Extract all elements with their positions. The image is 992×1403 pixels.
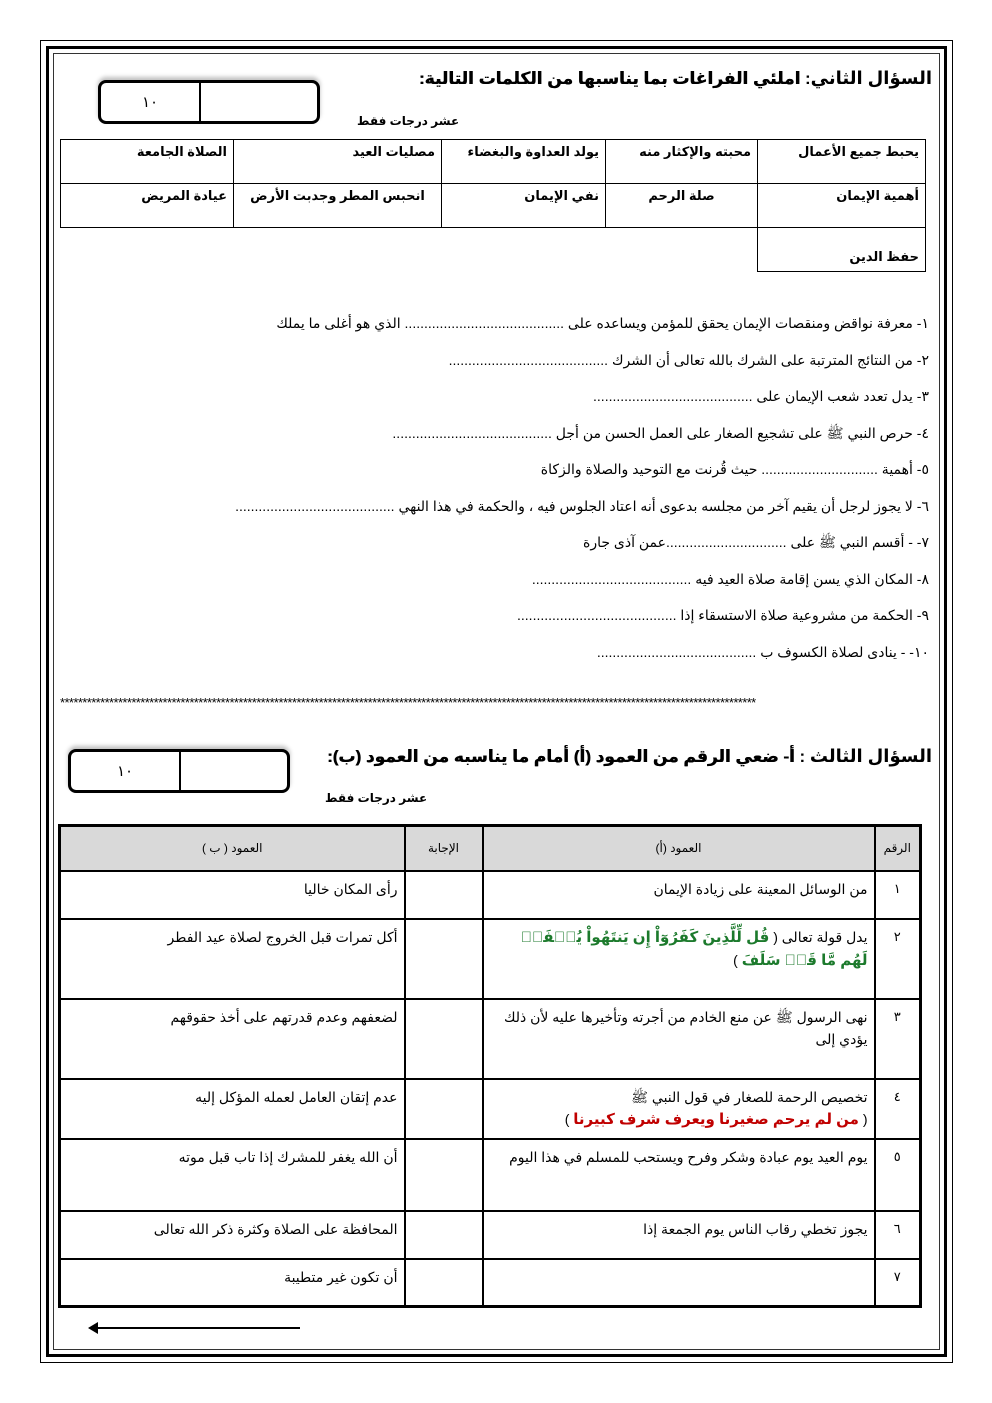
column-a-suffix: ) (733, 952, 742, 968)
column-b-cell: لضعفهم وعدم قدرتهم على أخذ حقوقهم (60, 999, 405, 1079)
header-number: الرقم (875, 826, 921, 871)
table-row: ١ من الوسائل المعينة على زيادة الإيمان ر… (60, 871, 921, 919)
row-number: ٣ (875, 999, 921, 1079)
word-bank-row: يحبط جميع الأعمال محبته والإكثار منه يول… (61, 140, 926, 184)
question3-separator: : (795, 747, 810, 766)
question3-label: السؤال الثالث (810, 746, 932, 766)
word-bank-empty (61, 228, 758, 272)
matching-table: الرقم العمود (أ) الإجابة العمود ( ب ) ١ … (58, 824, 922, 1308)
column-b-cell: أن تكون غير متطيبة (60, 1259, 405, 1307)
answer-cell[interactable] (405, 1139, 483, 1211)
fill-item-10[interactable]: ١٠- - ينادى لصلاة الكسوف ب .............… (129, 634, 929, 671)
column-a-cell: نهى الرسول ﷺ عن منع الخادم من أجرته وتأخ… (483, 999, 875, 1079)
fill-item-4[interactable]: ٤- حرص النبي ﷺ على تشجيع الصغار على العم… (129, 415, 929, 452)
fill-item-5[interactable]: ٥- أهمية .............................. … (129, 451, 929, 488)
column-b-cell: أن الله يغفر للمشرك إذا تاب قبل موته (60, 1139, 405, 1211)
table-row: ٢ يدل قولة تعالى ( قُل لِّلَّذِينَ كَفَر… (60, 919, 921, 999)
header-column-b: العمود ( ب ) (60, 826, 405, 871)
score-value: ١٠ (101, 83, 201, 121)
table-row: ٤ تخصيص الرحمة للصغار في قول النبي ﷺ( من… (60, 1079, 921, 1139)
row-number: ٥ (875, 1139, 921, 1211)
column-a-cell (483, 1259, 875, 1307)
row-number: ٦ (875, 1211, 921, 1259)
fill-item-2[interactable]: ٢- من النتائج المترتبة على الشرك بالله ت… (129, 342, 929, 379)
column-b-cell: عدم إتقان العامل لعمله المؤكل إليه (60, 1079, 405, 1139)
column-a-cell: من الوسائل المعينة على زيادة الإيمان (483, 871, 875, 919)
question3-score-box: ١٠ (68, 749, 290, 793)
question2-instruction: املئي الفراغات بما يناسبها من الكلمات ال… (419, 69, 800, 88)
answer-cell[interactable] (405, 871, 483, 919)
fill-item-3[interactable]: ٣- يدل تعدد شعب الإيمان على ............… (129, 378, 929, 415)
word-bank-cell: نفي الإيمان (442, 184, 606, 228)
header-answer: الإجابة (405, 826, 483, 871)
column-a-cell: يجوز تخطي رقاب الناس يوم الجمعة إذا (483, 1211, 875, 1259)
column-a-prefix: تخصيص الرحمة للصغار في قول النبي ﷺ (631, 1089, 867, 1105)
word-bank-cell: مصليات العيد (234, 140, 442, 184)
question3-instruction: أ- ضعي الرقم من العمود (أ) أمام ما يناسب… (327, 747, 795, 766)
question2-separator: : (800, 69, 810, 88)
column-b-cell: أكل تمرات قبل الخروج لصلاة عيد الفطر (60, 919, 405, 999)
fill-item-6[interactable]: ٦- لا يجوز لرجل أن يقيم آخر من مجلسه بدع… (129, 488, 929, 525)
answer-cell[interactable] (405, 919, 483, 999)
score-input[interactable] (181, 752, 287, 790)
row-number: ٤ (875, 1079, 921, 1139)
fill-item-1[interactable]: ١- معرفة نواقض ومنقصات الإيمان يحقق للمؤ… (129, 305, 929, 342)
question3-score-note: عشر درجات فقط (325, 791, 427, 805)
word-bank-cell: حفظ الدين (758, 228, 926, 272)
column-a-cell: تخصيص الرحمة للصغار في قول النبي ﷺ( من ل… (483, 1079, 875, 1139)
column-b-cell: رأى المكان خاليا (60, 871, 405, 919)
question3-title: السؤال الثالث : أ- ضعي الرقم من العمود (… (327, 746, 932, 767)
table-row: ٦ يجوز تخطي رقاب الناس يوم الجمعة إذا ال… (60, 1211, 921, 1259)
word-bank-cell: صلة الرحم (606, 184, 758, 228)
fill-item-9[interactable]: ٩- الحكمة من مشروعية صلاة الاستسقاء إذا … (129, 597, 929, 634)
question2-score-note: عشر درجات فقط (357, 114, 459, 128)
fill-in-blank-list: ١- معرفة نواقض ومنقصات الإيمان يحقق للمؤ… (129, 305, 929, 670)
row-number: ١ (875, 871, 921, 919)
arrow-left-icon (88, 1322, 300, 1334)
answer-cell[interactable] (405, 1079, 483, 1139)
column-a-prefix: يدل قولة تعالى ( (769, 929, 867, 945)
question2-title: السؤال الثاني: املئي الفراغات بما يناسبه… (419, 68, 932, 89)
word-bank-cell: انحبس المطر وجدبت الأرض (234, 184, 442, 228)
word-bank-cell: الصلاة الجامعة (61, 140, 234, 184)
row-number: ٢ (875, 919, 921, 999)
fill-item-7[interactable]: ٧- - أقسم النبي ﷺ على ..................… (129, 524, 929, 561)
answer-cell[interactable] (405, 999, 483, 1079)
column-a-cell: يدل قولة تعالى ( قُل لِّلَّذِينَ كَفَرُو… (483, 919, 875, 999)
table-row: ٧ أن تكون غير متطيبة (60, 1259, 921, 1307)
word-bank-cell: يولد العداوة والبغضاء (442, 140, 606, 184)
word-bank-table: يحبط جميع الأعمال محبته والإكثار منه يول… (60, 139, 926, 272)
word-bank-cell: محبته والإكثار منه (606, 140, 758, 184)
fill-item-8[interactable]: ٨- المكان الذي يسن إقامة صلاة العيد فيه … (129, 561, 929, 598)
question2-label: السؤال الثاني (811, 68, 932, 88)
section-separator: ****************************************… (60, 696, 932, 710)
column-a-cell: يوم العيد يوم عبادة وشكر وفرح ويستحب للم… (483, 1139, 875, 1211)
row-number: ٧ (875, 1259, 921, 1307)
table-row: ٣ نهى الرسول ﷺ عن منع الخادم من أجرته وت… (60, 999, 921, 1079)
score-input[interactable] (201, 83, 317, 121)
score-value: ١٠ (71, 752, 181, 790)
header-column-a: العمود (أ) (483, 826, 875, 871)
answer-cell[interactable] (405, 1259, 483, 1307)
table-row: ٥ يوم العيد يوم عبادة وشكر وفرح ويستحب ل… (60, 1139, 921, 1211)
column-b-cell: المحافظة على الصلاة وكثرة ذكر الله تعالى (60, 1211, 405, 1259)
word-bank-row: حفظ الدين (61, 228, 926, 272)
question2-score-box: ١٠ (98, 80, 320, 124)
word-bank-cell: يحبط جميع الأعمال (758, 140, 926, 184)
matching-header-row: الرقم العمود (أ) الإجابة العمود ( ب ) (60, 826, 921, 871)
word-bank-cell: عيادة المريض (61, 184, 234, 228)
arrow-shaft (96, 1327, 300, 1329)
word-bank-row: أهمية الإيمان صلة الرحم نفي الإيمان انحب… (61, 184, 926, 228)
answer-cell[interactable] (405, 1211, 483, 1259)
hadith-text: من لم يرحم صغيرنا ويعرف شرف كبيرنا (573, 1111, 859, 1128)
word-bank-cell: أهمية الإيمان (758, 184, 926, 228)
